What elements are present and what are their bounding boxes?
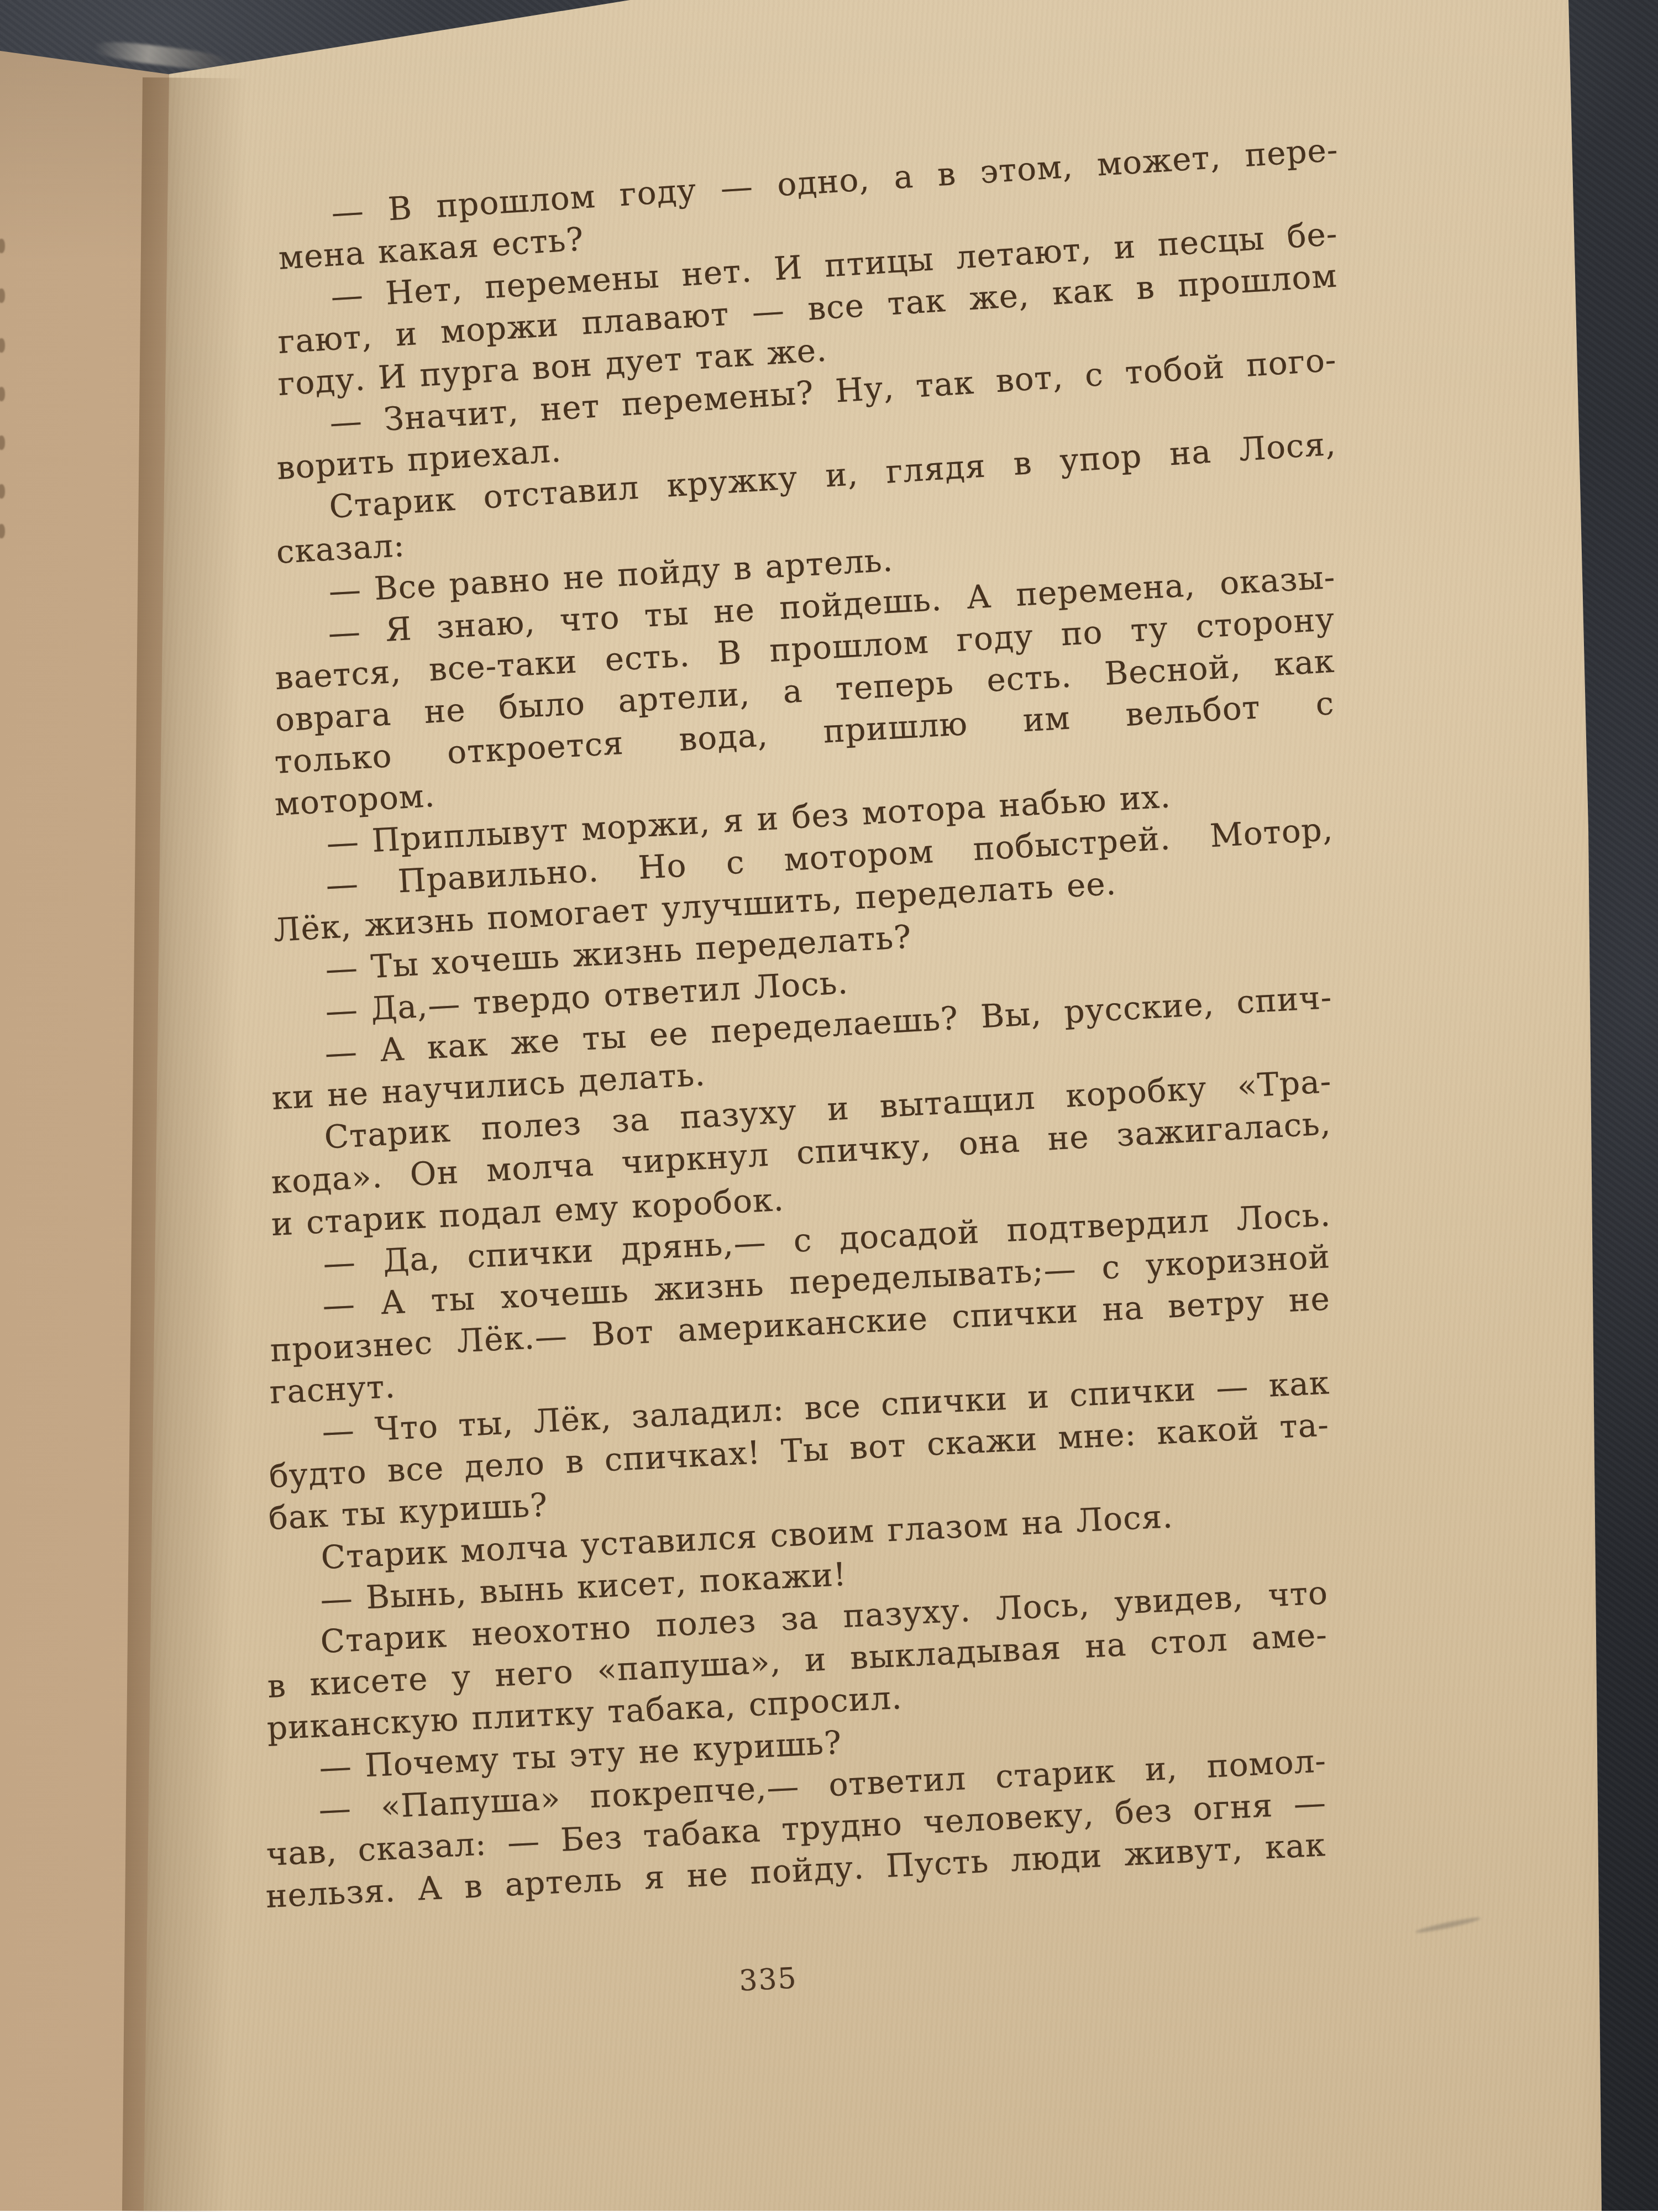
page-text-block: — В прошлом году — одно, а в этом, может… <box>0 0 1658 2211</box>
